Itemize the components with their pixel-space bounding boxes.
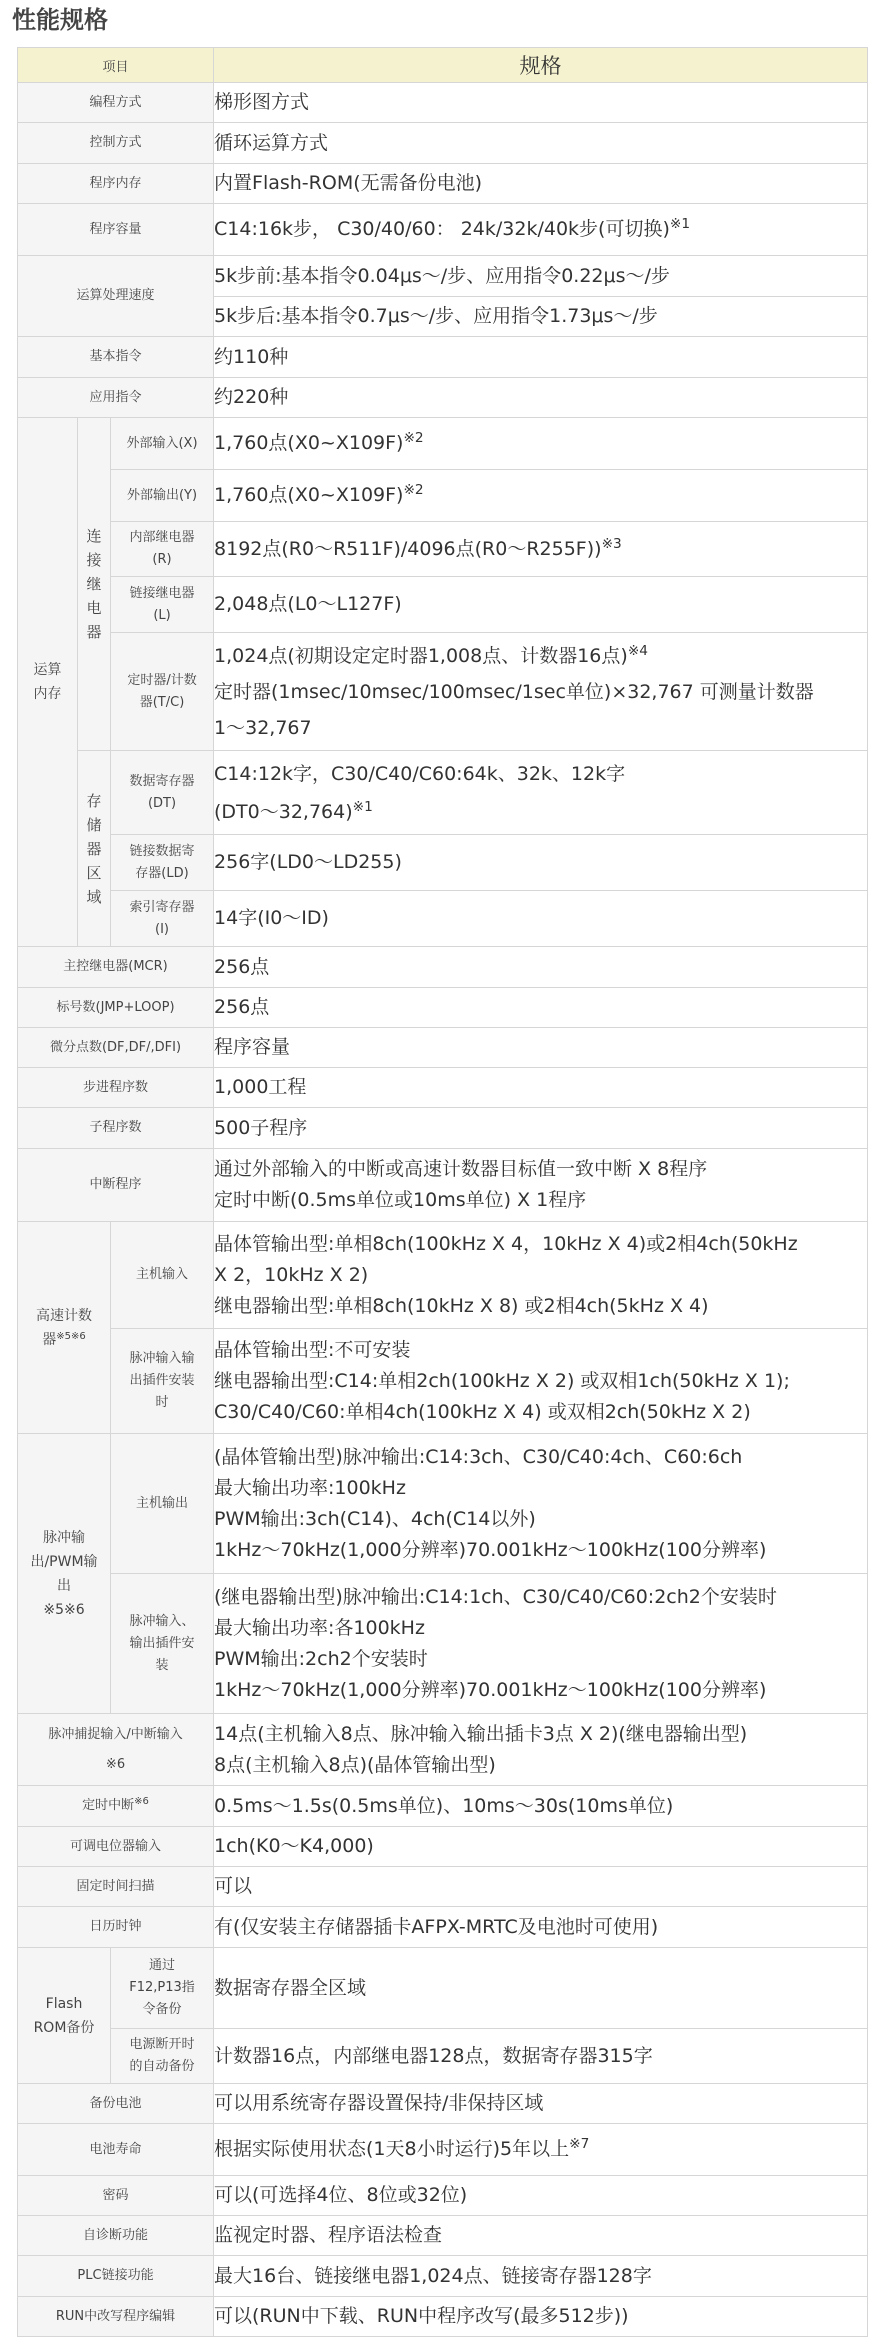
table-row: 索引寄存器 (I) 14字(I0～ID) bbox=[18, 891, 868, 947]
table-row: 链接数据寄 存器(LD) 256字(LD0～LD255) bbox=[18, 835, 868, 891]
row-value: 约220种 bbox=[214, 378, 868, 418]
label-line: 存器(LD) bbox=[113, 863, 211, 885]
value-text: 1,760点(X0~X109F) bbox=[214, 432, 403, 454]
group-label-operation-memory: 运算 内存 bbox=[18, 418, 78, 947]
value-text: 8192点(R0～R511F)/4096点(R0～R255F)) bbox=[214, 538, 602, 560]
label-line: F12,P13指 bbox=[113, 1977, 211, 1999]
value-line: 8点(主机输入8点)(晶体管输出型) bbox=[214, 1750, 867, 1781]
header-spec: 规格 bbox=[214, 48, 868, 83]
vchar: 电 bbox=[78, 596, 110, 620]
row-label: 程序内存 bbox=[18, 164, 214, 204]
label-line: 链接继电器 bbox=[113, 583, 211, 605]
label-line: 数据寄存器 bbox=[113, 771, 211, 793]
table-row: 脉冲捕捉输入/中断输入 ※6 14点(主机输入8点、脉冲输入输出插卡3点 X 2… bbox=[18, 1714, 868, 1786]
vchar: 域 bbox=[78, 885, 110, 909]
value-line: 最大输出功率:各100kHz bbox=[214, 1613, 867, 1644]
footnote-mark: ※3 bbox=[602, 536, 622, 552]
row-value: 通过外部输入的中断或高速计数器目标值一致中断 X 8程序 定时中断(0.5ms单… bbox=[214, 1149, 868, 1222]
row-label: 备份电池 bbox=[18, 2084, 214, 2124]
row-label: 主机输入 bbox=[111, 1222, 214, 1329]
table-row: 编程方式 梯形图方式 bbox=[18, 83, 868, 123]
row-label: 标号数(JMP+LOOP) bbox=[18, 988, 214, 1028]
value-text: (DT0～32,764) bbox=[214, 801, 353, 823]
label-line: 电源断开时 bbox=[113, 2034, 211, 2056]
row-value: 1,024点(初期设定定时器1,008点、计数器16点)※4 定时器(1msec… bbox=[214, 633, 868, 751]
row-label: 索引寄存器 (I) bbox=[111, 891, 214, 947]
row-value: 有(仅安装主存储器插卡AFPX-MRTC及电池时可使用) bbox=[214, 1907, 868, 1948]
row-label: 运算处理速度 bbox=[18, 256, 214, 337]
row-value: 8192点(R0～R511F)/4096点(R0～R255F))※3 bbox=[214, 522, 868, 577]
table-row: 脉冲输入、 输出插件安 装 (继电器输出型)脉冲输出:C14:1ch、C30/C… bbox=[18, 1574, 868, 1714]
row-value: 可以用系统寄存器设置保持/非保持区域 bbox=[214, 2084, 868, 2124]
table-row: Flash ROM备份 通过 F12,P13指 令备份 数据寄存器全区域 bbox=[18, 1948, 868, 2029]
group-label-line: 出 bbox=[18, 1574, 110, 1598]
row-label: 脉冲输入、 输出插件安 装 bbox=[111, 1574, 214, 1714]
footnote-mark: ※4 bbox=[628, 643, 648, 659]
row-label: 程序容量 bbox=[18, 204, 214, 256]
table-row: 外部输出(Y) 1,760点(X0~X109F)※2 bbox=[18, 470, 868, 522]
value-line: 最大输出功率:100kHz bbox=[214, 1473, 867, 1504]
table-row: 脉冲输 出/PWM输 出 ※5※6 主机输出 (晶体管输出型)脉冲输出:C14:… bbox=[18, 1434, 868, 1574]
label-line: 脉冲捕捉输入/中断输入 bbox=[18, 1720, 213, 1750]
label-line: 索引寄存器 bbox=[113, 897, 211, 919]
vchar: 器 bbox=[78, 620, 110, 644]
group-label-pulse-output: 脉冲输 出/PWM输 出 ※5※6 bbox=[18, 1434, 111, 1714]
value-text: 根据实际使用状态(1天8小时运行)5年以上 bbox=[214, 2138, 569, 2160]
row-label: 内部继电器 (R) bbox=[111, 522, 214, 577]
row-label: 通过 F12,P13指 令备份 bbox=[111, 1948, 214, 2029]
row-value: (继电器输出型)脉冲输出:C14:1ch、C30/C40/C60:2ch2个安装… bbox=[214, 1574, 868, 1714]
value-line: C30/C40/C60:单相4ch(100kHz X 4) 或双相2ch(50k… bbox=[214, 1397, 867, 1428]
label-line: 输出插件安 bbox=[113, 1633, 211, 1655]
table-row: 主控继电器(MCR) 256点 bbox=[18, 947, 868, 988]
vchar: 区 bbox=[78, 861, 110, 885]
row-value: 循环运算方式 bbox=[214, 123, 868, 164]
table-row: 密码 可以(可选择4位、8位或32位) bbox=[18, 2176, 868, 2216]
table-row: 定时中断※6 0.5ms～1.5s(0.5ms单位)、10ms～30s(10ms… bbox=[18, 1786, 868, 1827]
row-value: 可以(可选择4位、8位或32位) bbox=[214, 2176, 868, 2216]
table-row: 电池寿命 根据实际使用状态(1天8小时运行)5年以上※7 bbox=[18, 2124, 868, 2176]
row-value: 0.5ms～1.5s(0.5ms单位)、10ms～30s(10ms单位) bbox=[214, 1786, 868, 1827]
row-value: 5k步前:基本指令0.04μs～/步、应用指令0.22μs～/步 bbox=[214, 256, 868, 297]
table-row: 应用指令 约220种 bbox=[18, 378, 868, 418]
vchar: 器 bbox=[78, 837, 110, 861]
row-value: (晶体管输出型)脉冲输出:C14:3ch、C30/C40:4ch、C60:6ch… bbox=[214, 1434, 868, 1574]
label-line: 装 bbox=[113, 1655, 211, 1677]
table-row: 定时器/计数 器(T/C) 1,024点(初期设定定时器1,008点、计数器16… bbox=[18, 633, 868, 751]
row-value: 14字(I0～ID) bbox=[214, 891, 868, 947]
label-line: 时 bbox=[113, 1392, 211, 1414]
value-line: (DT0～32,764)※1 bbox=[214, 793, 867, 831]
value-line: 继电器输出型:单相8ch(10kHz X 8) 或2相4ch(5kHz X 4) bbox=[214, 1291, 867, 1322]
row-label: 链接继电器 (L) bbox=[111, 577, 214, 633]
subgroup-label-relay: 连 接 继 电 器 bbox=[78, 418, 111, 751]
table-row: 控制方式 循环运算方式 bbox=[18, 123, 868, 164]
label-line: 定时器/计数 bbox=[113, 670, 211, 692]
group-label-high-speed-counter: 高速计数 器※5※6 bbox=[18, 1222, 111, 1434]
row-label: 日历时钟 bbox=[18, 1907, 214, 1948]
label-line: 链接数据寄 bbox=[113, 841, 211, 863]
table-row: 高速计数 器※5※6 主机输入 晶体管输出型:单相8ch(100kHz X 4，… bbox=[18, 1222, 868, 1329]
value-line: C14:12k字，C30/C40/C60:64k、32k、12k字 bbox=[214, 755, 867, 793]
page-title: 性能规格 bbox=[12, 4, 108, 36]
value-line: 1kHz～70kHz(1,000分辨率)70.001kHz～100kHz(100… bbox=[214, 1675, 867, 1706]
label-line: 的自动备份 bbox=[113, 2056, 211, 2078]
table-row: 基本指令 约110种 bbox=[18, 337, 868, 378]
row-label: 电源断开时 的自动备份 bbox=[111, 2029, 214, 2084]
row-value: 1,760点(X0~X109F)※2 bbox=[214, 470, 868, 522]
value-text: 1,024点(初期设定定时器1,008点、计数器16点) bbox=[214, 645, 628, 667]
row-label: 控制方式 bbox=[18, 123, 214, 164]
table-row: RUN中改写程序编辑 可以(RUN中下载、RUN中程序改写(最多512步)) bbox=[18, 2297, 868, 2337]
row-label: 脉冲捕捉输入/中断输入 ※6 bbox=[18, 1714, 214, 1786]
vchar: 存 bbox=[78, 789, 110, 813]
row-value: 256点 bbox=[214, 947, 868, 988]
row-value: 5k步后:基本指令0.7μs～/步、应用指令1.73μs～/步 bbox=[214, 297, 868, 337]
vchar: 接 bbox=[78, 548, 110, 572]
label-line: 通过 bbox=[113, 1955, 211, 1977]
row-label: 步进程序数 bbox=[18, 1068, 214, 1108]
table-row: 自诊断功能 监视定时器、程序语法检查 bbox=[18, 2216, 868, 2256]
row-label: 电池寿命 bbox=[18, 2124, 214, 2176]
value-line: 继电器输出型:C14:单相2ch(100kHz X 2) 或双相1ch(50kH… bbox=[214, 1366, 867, 1397]
table-row: PLC链接功能 最大16台、链接继电器1,024点、链接寄存器128字 bbox=[18, 2256, 868, 2297]
row-label: 固定时间扫描 bbox=[18, 1867, 214, 1907]
table-row: 脉冲输入输 出插件安装 时 晶体管输出型:不可安装 继电器输出型:C14:单相2… bbox=[18, 1329, 868, 1434]
table-row: 步进程序数 1,000工程 bbox=[18, 1068, 868, 1108]
group-label-line: 运算 bbox=[18, 658, 77, 682]
row-label: 可调电位器输入 bbox=[18, 1827, 214, 1867]
row-label: 自诊断功能 bbox=[18, 2216, 214, 2256]
value-line: 定时器(1msec/10msec/100msec/1sec单位)×32,767 … bbox=[214, 674, 867, 710]
table-header-row: 项目 规格 bbox=[18, 48, 868, 83]
value-line: PWM输出:2ch2个安装时 bbox=[214, 1644, 867, 1675]
label-line: (L) bbox=[113, 605, 211, 627]
spec-table: 项目 规格 编程方式 梯形图方式 控制方式 循环运算方式 程序内存 内置Flas… bbox=[17, 47, 868, 2337]
value-line: 14点(主机输入8点、脉冲输入输出插卡3点 X 2)(继电器输出型) bbox=[214, 1719, 867, 1750]
row-label: 子程序数 bbox=[18, 1108, 214, 1149]
row-label: 定时器/计数 器(T/C) bbox=[111, 633, 214, 751]
label-line: 脉冲输入输 bbox=[113, 1348, 211, 1370]
vchar: 继 bbox=[78, 572, 110, 596]
label-line: 器(T/C) bbox=[113, 692, 211, 714]
label-text: 定时中断 bbox=[82, 1798, 134, 1813]
group-label-flash-rom-backup: Flash ROM备份 bbox=[18, 1948, 111, 2084]
value-line: X 2，10kHz X 2) bbox=[214, 1260, 867, 1291]
table-row: 内部继电器 (R) 8192点(R0～R511F)/4096点(R0～R255F… bbox=[18, 522, 868, 577]
vchar: 连 bbox=[78, 524, 110, 548]
table-row: 存 储 器 区 域 数据寄存器 (DT) C14:12k字，C30/C40/C6… bbox=[18, 751, 868, 835]
label-line: 内部继电器 bbox=[113, 527, 211, 549]
row-value: 256点 bbox=[214, 988, 868, 1028]
table-row: 子程序数 500子程序 bbox=[18, 1108, 868, 1149]
vchar: 储 bbox=[78, 813, 110, 837]
group-label-line: Flash bbox=[18, 1992, 110, 2016]
row-label: 主控继电器(MCR) bbox=[18, 947, 214, 988]
footnote-mark: ※1 bbox=[670, 216, 690, 232]
table-row: 微分点数(DF,DF/,DFI) 程序容量 bbox=[18, 1028, 868, 1068]
row-value: 1,000工程 bbox=[214, 1068, 868, 1108]
value-line: 晶体管输出型:不可安装 bbox=[214, 1335, 867, 1366]
group-label-line: ROM备份 bbox=[18, 2016, 110, 2040]
group-label-line: 器 bbox=[42, 1332, 56, 1348]
row-label: 密码 bbox=[18, 2176, 214, 2216]
subgroup-label-memory-area: 存 储 器 区 域 bbox=[78, 751, 111, 947]
row-label: 链接数据寄 存器(LD) bbox=[111, 835, 214, 891]
row-value: 约110种 bbox=[214, 337, 868, 378]
row-label: 基本指令 bbox=[18, 337, 214, 378]
row-value: 1ch(K0～K4,000) bbox=[214, 1827, 868, 1867]
label-line: (R) bbox=[113, 549, 211, 571]
group-label-line: 脉冲输 bbox=[18, 1526, 110, 1550]
label-line: 脉冲输入、 bbox=[113, 1611, 211, 1633]
footnote-mark: ※6 bbox=[134, 1796, 149, 1807]
footnote-mark: ※1 bbox=[353, 799, 373, 815]
value-line: 定时中断(0.5ms单位或10ms单位) X 1程序 bbox=[214, 1185, 867, 1216]
row-value: 可以 bbox=[214, 1867, 868, 1907]
row-value: 2,048点(L0～L127F) bbox=[214, 577, 868, 633]
value-text: 1,760点(X0~X109F) bbox=[214, 484, 403, 506]
table-row: 中断程序 通过外部输入的中断或高速计数器目标值一致中断 X 8程序 定时中断(0… bbox=[18, 1149, 868, 1222]
footnote-mark: ※2 bbox=[403, 482, 423, 498]
value-line: 1～32,767 bbox=[214, 710, 867, 746]
table-row: 链接继电器 (L) 2,048点(L0～L127F) bbox=[18, 577, 868, 633]
value-line: 1kHz～70kHz(1,000分辨率)70.001kHz～100kHz(100… bbox=[214, 1535, 867, 1566]
label-line: (DT) bbox=[113, 793, 211, 815]
row-value: 1,760点(X0~X109F)※2 bbox=[214, 418, 868, 470]
label-line: ※6 bbox=[18, 1750, 213, 1780]
table-row: 运算处理速度 5k步前:基本指令0.04μs～/步、应用指令0.22μs～/步 bbox=[18, 256, 868, 297]
row-value: 14点(主机输入8点、脉冲输入输出插卡3点 X 2)(继电器输出型) 8点(主机… bbox=[214, 1714, 868, 1786]
row-label: 数据寄存器 (DT) bbox=[111, 751, 214, 835]
row-value: C14:12k字，C30/C40/C60:64k、32k、12k字 (DT0～3… bbox=[214, 751, 868, 835]
row-value: C14:16k步， C30/40/60： 24k/32k/40k步(可切换)※1 bbox=[214, 204, 868, 256]
table-row: 运算 内存 连 接 继 电 器 外部输入(X) 1,760点(X0~X109F)… bbox=[18, 418, 868, 470]
table-row: 程序内存 内置Flash-ROM(无需备份电池) bbox=[18, 164, 868, 204]
value-line: 通过外部输入的中断或高速计数器目标值一致中断 X 8程序 bbox=[214, 1154, 867, 1185]
table-row: 固定时间扫描 可以 bbox=[18, 1867, 868, 1907]
row-label: 主机输出 bbox=[111, 1434, 214, 1574]
table-row: 程序容量 C14:16k步， C30/40/60： 24k/32k/40k步(可… bbox=[18, 204, 868, 256]
row-value: 内置Flash-ROM(无需备份电池) bbox=[214, 164, 868, 204]
row-value: 500子程序 bbox=[214, 1108, 868, 1149]
row-value: 晶体管输出型:不可安装 继电器输出型:C14:单相2ch(100kHz X 2)… bbox=[214, 1329, 868, 1434]
row-label: 编程方式 bbox=[18, 83, 214, 123]
row-label: 外部输入(X) bbox=[111, 418, 214, 470]
value-text: C14:16k步， C30/40/60： 24k/32k/40k步(可切换) bbox=[214, 218, 670, 240]
value-line: 晶体管输出型:单相8ch(100kHz X 4，10kHz X 4)或2相4ch… bbox=[214, 1229, 867, 1260]
value-line: (继电器输出型)脉冲输出:C14:1ch、C30/C40/C60:2ch2个安装… bbox=[214, 1582, 867, 1613]
table-row: 备份电池 可以用系统寄存器设置保持/非保持区域 bbox=[18, 2084, 868, 2124]
row-value: 晶体管输出型:单相8ch(100kHz X 4，10kHz X 4)或2相4ch… bbox=[214, 1222, 868, 1329]
group-label-line: ※5※6 bbox=[18, 1598, 110, 1622]
group-label-line: 出/PWM输 bbox=[18, 1550, 110, 1574]
value-line: (晶体管输出型)脉冲输出:C14:3ch、C30/C40:4ch、C60:6ch bbox=[214, 1442, 867, 1473]
row-label: 外部输出(Y) bbox=[111, 470, 214, 522]
footnote-mark: ※7 bbox=[569, 2136, 589, 2152]
row-label: 定时中断※6 bbox=[18, 1786, 214, 1827]
row-value: 计数器16点，内部继电器128点，数据寄存器315字 bbox=[214, 2029, 868, 2084]
row-value: 梯形图方式 bbox=[214, 83, 868, 123]
row-label: PLC链接功能 bbox=[18, 2256, 214, 2297]
row-label: 中断程序 bbox=[18, 1149, 214, 1222]
row-label: RUN中改写程序编辑 bbox=[18, 2297, 214, 2337]
row-label: 应用指令 bbox=[18, 378, 214, 418]
table-row: 日历时钟 有(仅安装主存储器插卡AFPX-MRTC及电池时可使用) bbox=[18, 1907, 868, 1948]
group-label-line: 内存 bbox=[18, 682, 77, 706]
row-label: 脉冲输入输 出插件安装 时 bbox=[111, 1329, 214, 1434]
row-value: 程序容量 bbox=[214, 1028, 868, 1068]
footnote-mark: ※5※6 bbox=[56, 1331, 85, 1342]
row-value: 监视定时器、程序语法检查 bbox=[214, 2216, 868, 2256]
group-label-line: 高速计数 bbox=[18, 1304, 110, 1328]
label-line: (I) bbox=[113, 919, 211, 941]
row-value: 数据寄存器全区域 bbox=[214, 1948, 868, 2029]
row-value: 256字(LD0～LD255) bbox=[214, 835, 868, 891]
label-line: 令备份 bbox=[113, 1999, 211, 2021]
table-row: 标号数(JMP+LOOP) 256点 bbox=[18, 988, 868, 1028]
value-line: 1,024点(初期设定定时器1,008点、计数器16点)※4 bbox=[214, 638, 867, 674]
row-value: 最大16台、链接继电器1,024点、链接寄存器128字 bbox=[214, 2256, 868, 2297]
footnote-mark: ※2 bbox=[403, 430, 423, 446]
value-line: PWM输出:3ch(C14)、4ch(C14以外) bbox=[214, 1504, 867, 1535]
table-row: 电源断开时 的自动备份 计数器16点，内部继电器128点，数据寄存器315字 bbox=[18, 2029, 868, 2084]
label-line: 出插件安装 bbox=[113, 1370, 211, 1392]
row-value: 可以(RUN中下载、RUN中程序改写(最多512步)) bbox=[214, 2297, 868, 2337]
row-value: 根据实际使用状态(1天8小时运行)5年以上※7 bbox=[214, 2124, 868, 2176]
row-label: 微分点数(DF,DF/,DFI) bbox=[18, 1028, 214, 1068]
header-item: 项目 bbox=[18, 48, 214, 83]
table-row: 可调电位器输入 1ch(K0～K4,000) bbox=[18, 1827, 868, 1867]
